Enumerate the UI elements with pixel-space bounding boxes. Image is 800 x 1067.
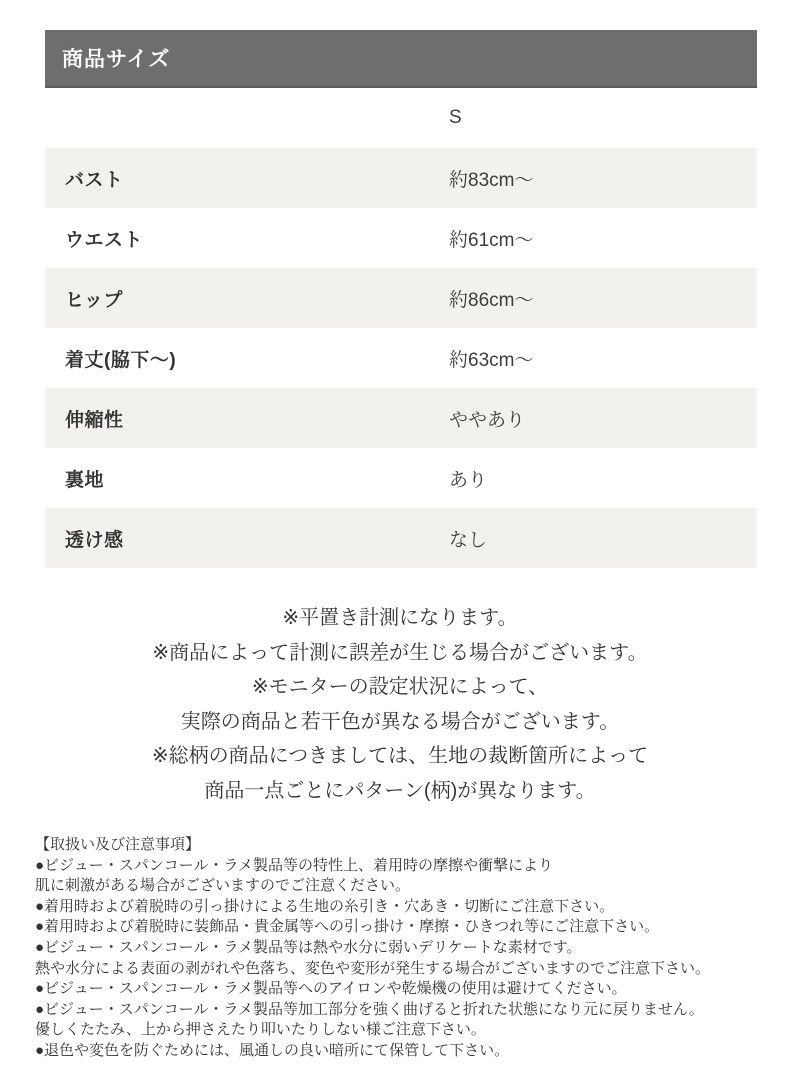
spec-label: ウエスト <box>45 225 143 252</box>
product-detail-page: 商品サイズ S バスト 約83cm〜 ウエスト 約61cm〜 ヒップ 約86cm… <box>0 0 800 1067</box>
handling-note-line: ●ビジュー・スパンコール・ラメ製品等加工部分を強く曲げると折れた状態になり元に戻… <box>35 1000 783 1021</box>
size-table: S バスト 約83cm〜 ウエスト 約61cm〜 ヒップ 約86cm〜 着丈(脇… <box>45 88 757 568</box>
handling-note-line: ●ビジュー・スパンコール・ラメ製品等の特性上、着用時の摩擦や衝撃により <box>35 856 783 877</box>
note-line: ※商品によって計測に誤差が生じる場合がございます。 <box>0 636 800 671</box>
measurement-notes: ※平置き計測になります。 ※商品によって計測に誤差が生じる場合がございます。 ※… <box>0 601 800 808</box>
note-line: ※総柄の商品につきましては、生地の裁断箇所によって <box>0 739 800 774</box>
section-title-bar: 商品サイズ <box>45 30 757 88</box>
table-row: 伸縮性 ややあり <box>45 388 757 448</box>
spec-value: 約83cm〜 <box>449 165 533 192</box>
handling-note-line: ●着用時および着脱時の引っ掛けによる生地の糸引き・穴あき・切断にご注意下さい。 <box>35 897 783 918</box>
table-row: 透け感 なし <box>45 508 757 568</box>
handling-note-line: 熱や水分による表面の剥がれや色落ち、変色や変形が発生する場合がございますのでご注… <box>35 959 783 980</box>
spec-value: 約61cm〜 <box>449 225 533 252</box>
note-line: ※平置き計測になります。 <box>0 601 800 636</box>
handling-note-line: ●ビジュー・スパンコール・ラメ製品等は熱や水分に弱いデリケートな素材です。 <box>35 938 783 959</box>
spec-label: 伸縮性 <box>45 405 124 432</box>
spec-value: 約63cm〜 <box>449 345 533 372</box>
product-size-section: 商品サイズ S バスト 約83cm〜 ウエスト 約61cm〜 ヒップ 約86cm… <box>45 30 757 568</box>
spec-value: 約86cm〜 <box>449 285 533 312</box>
spec-label: 着丈(脇下〜) <box>45 345 176 372</box>
note-line: 実際の商品と若干色が異なる場合がございます。 <box>0 705 800 740</box>
spec-label: バスト <box>45 165 124 192</box>
handling-notes-title: 【取扱い及び注意事項】 <box>35 835 783 856</box>
spec-value: ややあり <box>449 405 525 432</box>
spec-value: あり <box>449 465 487 492</box>
spec-label: 透け感 <box>45 525 124 552</box>
handling-note-line: ●退色や変色を防ぐためには、風通しの良い暗所にて保管して下さい。 <box>35 1041 783 1062</box>
spec-label: ヒップ <box>45 285 123 312</box>
table-row: 着丈(脇下〜) 約63cm〜 <box>45 328 757 388</box>
handling-notes-section: 【取扱い及び注意事項】 ●ビジュー・スパンコール・ラメ製品等の特性上、着用時の摩… <box>35 835 783 1062</box>
size-column-header-row: S <box>45 88 757 148</box>
table-row: ヒップ 約86cm〜 <box>45 268 757 328</box>
table-row: 裏地 あり <box>45 448 757 508</box>
section-title: 商品サイズ <box>62 43 170 73</box>
handling-note-line: 優しくたたみ、上から押さえたり叩いたりしない様ご注意下さい。 <box>35 1020 783 1041</box>
note-line: 商品一点ごとにパターン(柄)が異なります。 <box>0 774 800 809</box>
note-line: ※モニターの設定状況によって、 <box>0 670 800 705</box>
handling-note-line: ●着用時および着脱時に装飾品・貴金属等への引っ掛け・摩擦・ひきつれ等にご注意下さ… <box>35 917 783 938</box>
handling-note-line: 肌に刺激がある場合がございますのでご注意ください。 <box>35 876 783 897</box>
size-column-header: S <box>449 107 462 129</box>
table-row: ウエスト 約61cm〜 <box>45 208 757 268</box>
handling-note-line: ●ビジュー・スパンコール・ラメ製品等へのアイロンや乾燥機の使用は避けてください。 <box>35 979 783 1000</box>
spec-label: 裏地 <box>45 465 104 492</box>
table-row: バスト 約83cm〜 <box>45 148 757 208</box>
spec-value: なし <box>449 525 487 552</box>
